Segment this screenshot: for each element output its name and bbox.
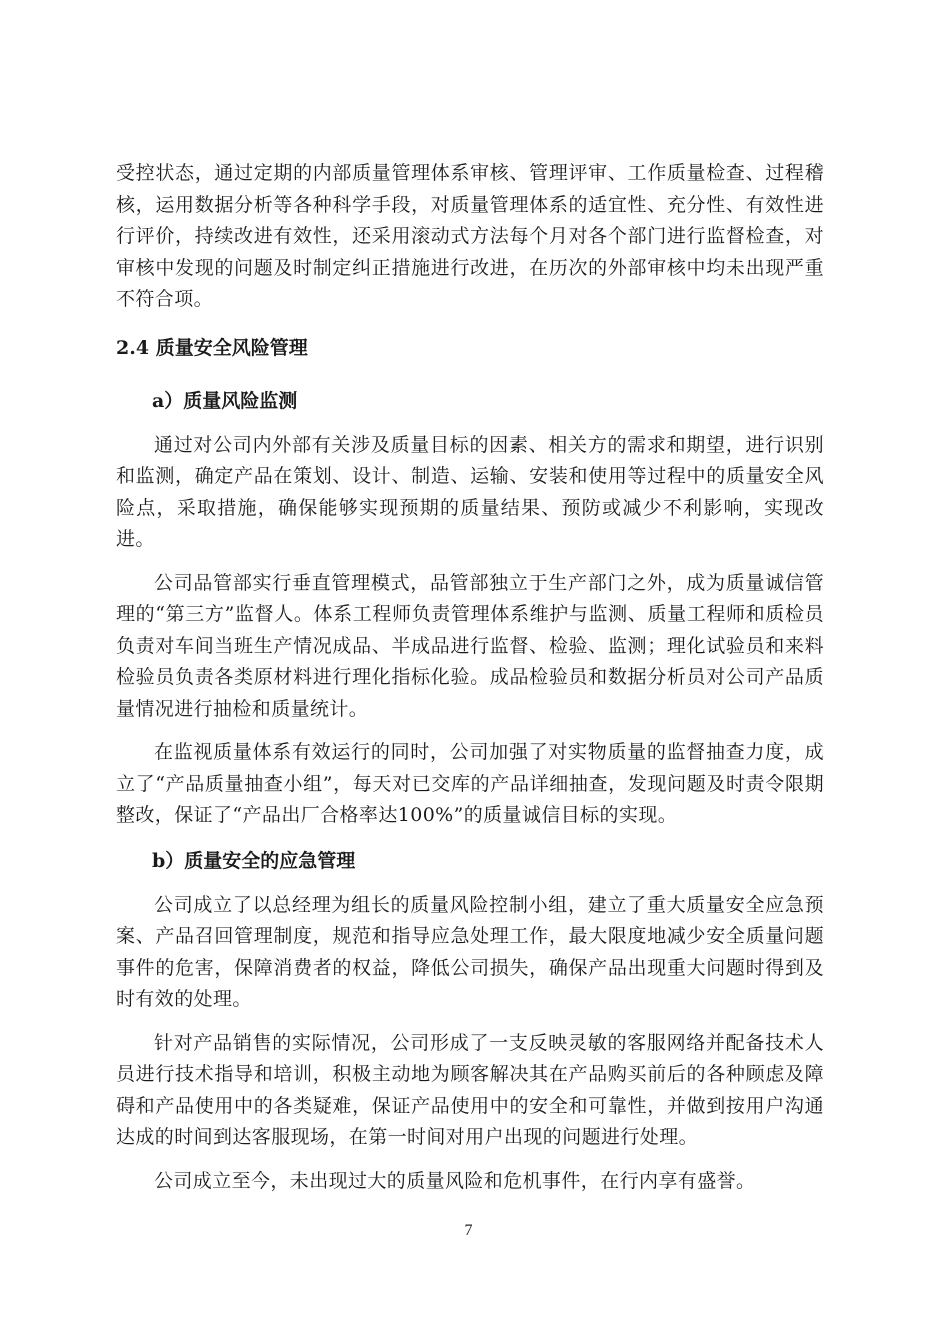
section-title: 质量安全风险管理 xyxy=(156,337,308,359)
section-number: 2.4 xyxy=(116,337,149,359)
page-number: 7 xyxy=(0,1222,937,1240)
section-heading: 2.4 质量安全风险管理 xyxy=(116,333,824,364)
subsection-b-heading: b）质量安全的应急管理 xyxy=(116,846,824,877)
subsection-a-paragraph-3: 在监视质量体系有效运行的同时，公司加强了对实物质量的监督抽查力度，成立了“产品质… xyxy=(116,737,824,832)
intro-paragraph: 受控状态，通过定期的内部质量管理体系审核、管理评审、工作质量检查、过程稽核，运用… xyxy=(116,158,824,316)
subsection-b-paragraph-1: 公司成立了以总经理为组长的质量风险控制小组，建立了重大质量安全应急预案、产品召回… xyxy=(116,890,824,1016)
subsection-a-paragraph-1: 通过对公司内外部有关涉及质量目标的因素、相关方的需求和期望，进行识别和监测，确定… xyxy=(116,430,824,556)
document-page: 受控状态，通过定期的内部质量管理体系审核、管理评审、工作质量检查、过程稽核，运用… xyxy=(116,158,824,1197)
subsection-a-heading: a）质量风险监测 xyxy=(116,386,824,417)
subsection-b-paragraph-3: 公司成立至今，未出现过大的质量风险和危机事件，在行内享有盛誉。 xyxy=(116,1166,824,1198)
subsection-a-paragraph-2: 公司品管部实行垂直管理模式，品管部独立于生产部门之外，成为质量诚信管理的“第三方… xyxy=(116,568,824,726)
subsection-b-paragraph-2: 针对产品销售的实际情况，公司形成了一支反映灵敏的客服网络并配备技术人员进行技术指… xyxy=(116,1028,824,1154)
